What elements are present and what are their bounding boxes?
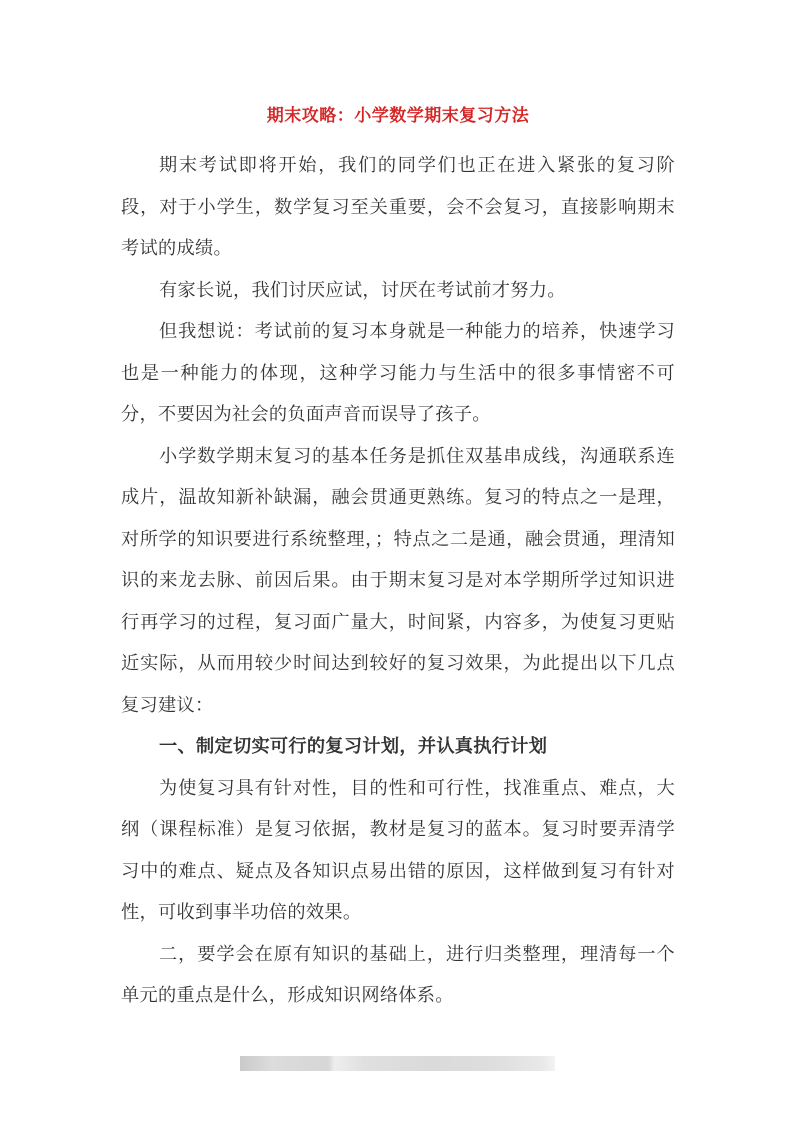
- paragraph-parents-view: 有家长说，我们讨厌应试，讨厌在考试前才努力。: [121, 270, 675, 312]
- document-title: 期末攻略：小学数学期末复习方法: [121, 104, 675, 128]
- document-body: 期末考试即将开始，我们的同学们也正在进入紧张的复习阶段，对于小学生，数学复习至关…: [121, 145, 675, 1017]
- paragraph-author-view: 但我想说：考试前的复习本身就是一种能力的培养，快速学习也是一种能力的体现，这种学…: [121, 311, 675, 436]
- paragraph-section-2: 二，要学会在原有知识的基础上，进行归类整理，理清每一个单元的重点是什么，形成知识…: [121, 934, 675, 1017]
- section-heading-1: 一、制定切实可行的复习计划，并认真执行计划: [121, 726, 675, 768]
- paragraph-section-1-body: 为使复习具有针对性，目的性和可行性，找准重点、难点，大纲（课程标准）是复习依据，…: [121, 768, 675, 934]
- paragraph-intro: 期末考试即将开始，我们的同学们也正在进入紧张的复习阶段，对于小学生，数学复习至关…: [121, 145, 675, 270]
- paragraph-review-tasks: 小学数学期末复习的基本任务是抓住双基串成线，沟通联系连成片，温故知新补缺漏，融会…: [121, 436, 675, 727]
- footer-watermark-bar: [240, 1056, 555, 1071]
